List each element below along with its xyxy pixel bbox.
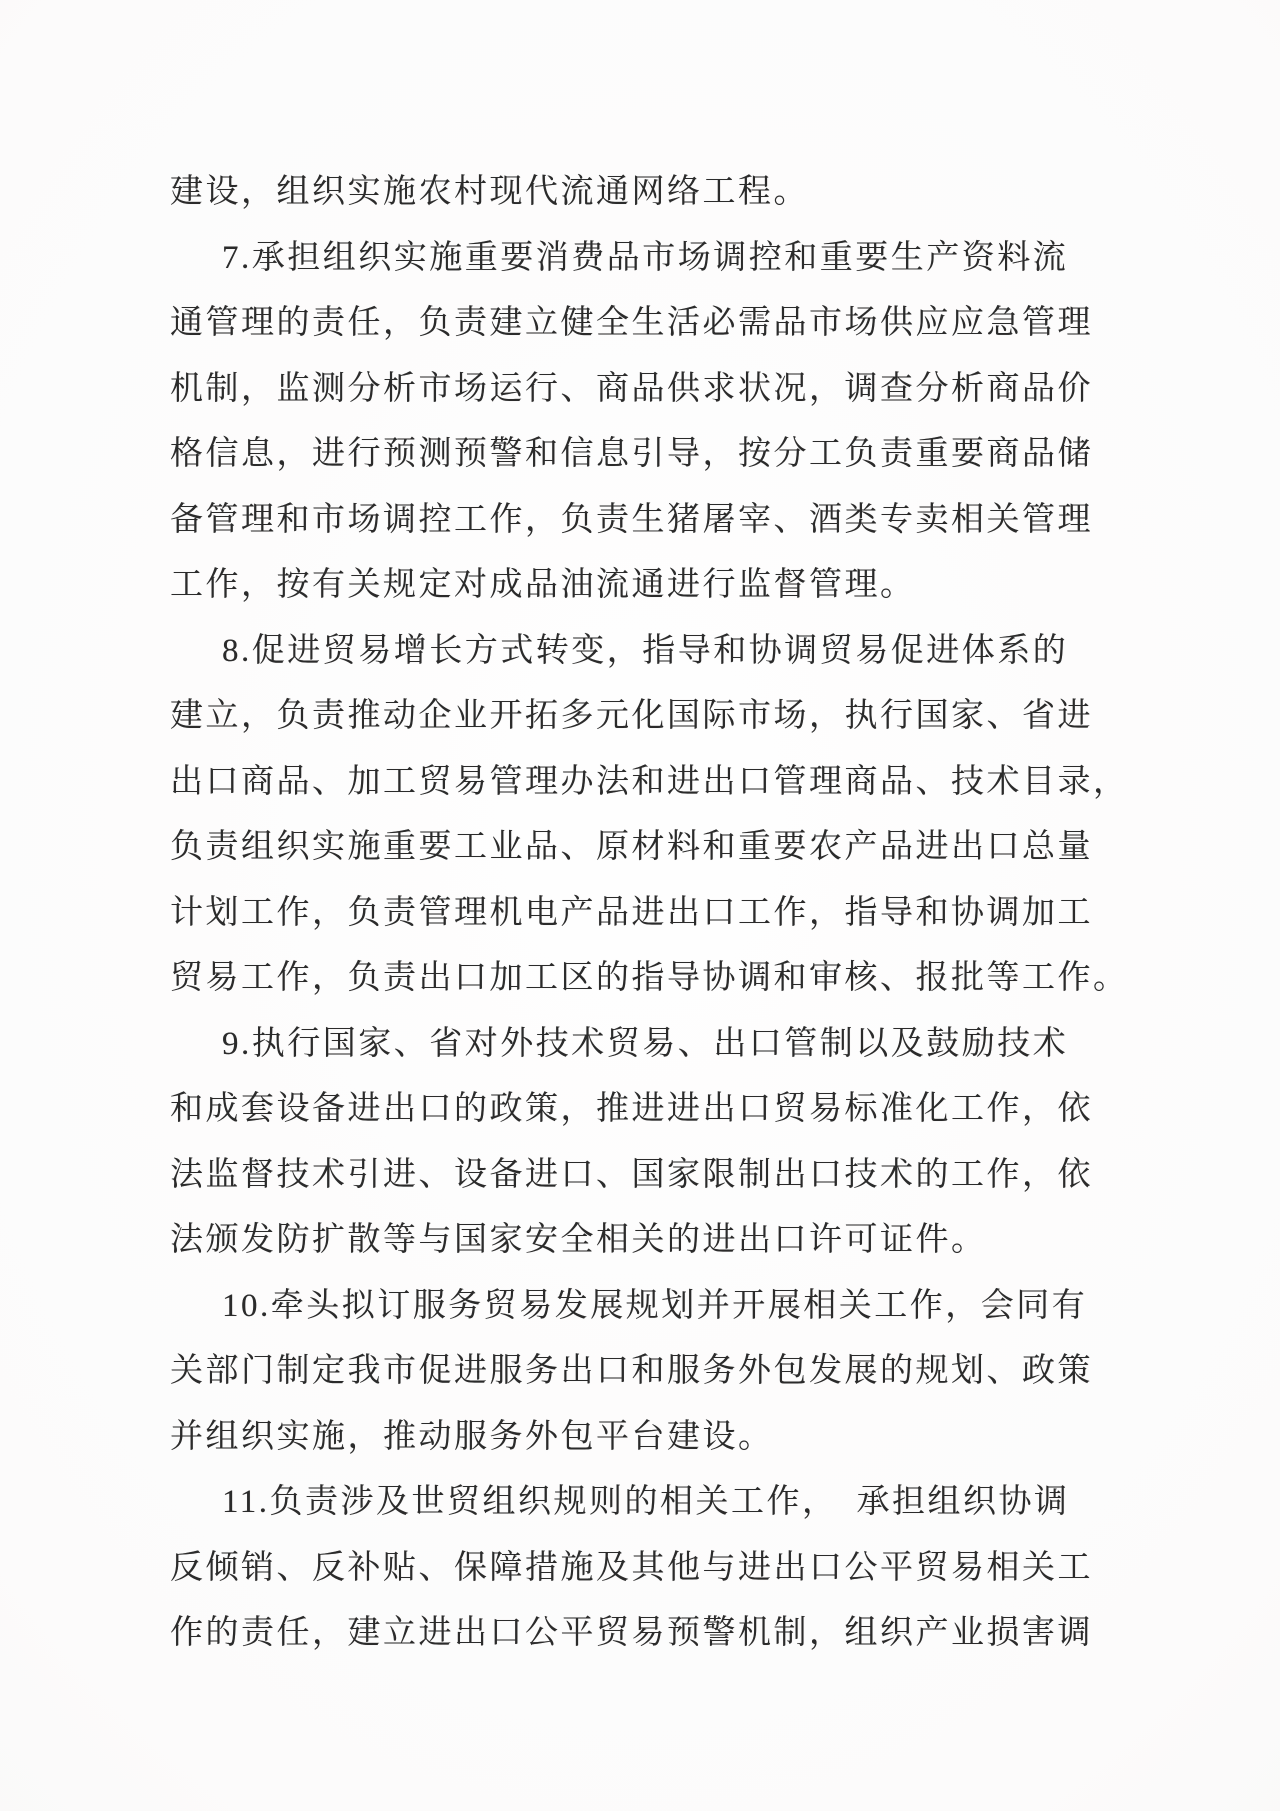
text-line: 并组织实施，推动服务外包平台建设。 xyxy=(170,1405,1100,1471)
text-line: 11.负责涉及世贸组织规则的相关工作， 承担组织协调 xyxy=(170,1470,1100,1536)
paragraph: 8.促进贸易增长方式转变，指导和协调贸易促进体系的建立，负责推动企业开拓多元化国… xyxy=(170,619,1100,1012)
document-body: 建设，组织实施农村现代流通网络工程。7.承担组织实施重要消费品市场调控和重要生产… xyxy=(170,160,1100,1667)
text-line: 出口商品、加工贸易管理办法和进出口管理商品、技术目录， xyxy=(170,750,1100,816)
text-line: 计划工作，负责管理机电产品进出口工作，指导和协调加工 xyxy=(170,881,1100,947)
text-line: 7.承担组织实施重要消费品市场调控和重要生产资料流 xyxy=(170,226,1100,292)
text-line: 建设，组织实施农村现代流通网络工程。 xyxy=(170,160,1100,226)
text-line: 法颁发防扩散等与国家安全相关的进出口许可证件。 xyxy=(170,1208,1100,1274)
text-line: 法监督技术引进、设备进口、国家限制出口技术的工作，依 xyxy=(170,1143,1100,1209)
text-line: 关部门制定我市促进服务出口和服务外包发展的规划、政策 xyxy=(170,1339,1100,1405)
paragraph: 11.负责涉及世贸组织规则的相关工作， 承担组织协调反倾销、反补贴、保障措施及其… xyxy=(170,1470,1100,1667)
text-line: 作的责任，建立进出口公平贸易预警机制，组织产业损害调 xyxy=(170,1601,1100,1667)
text-line: 通管理的责任，负责建立健全生活必需品市场供应应急管理 xyxy=(170,291,1100,357)
text-line: 10.牵头拟订服务贸易发展规划并开展相关工作，会同有 xyxy=(170,1274,1100,1340)
text-line: 和成套设备进出口的政策，推进进出口贸易标准化工作，依 xyxy=(170,1077,1100,1143)
text-line: 格信息，进行预测预警和信息引导，按分工负责重要商品储 xyxy=(170,422,1100,488)
paragraph: 9.执行国家、省对外技术贸易、出口管制以及鼓励技术和成套设备进出口的政策，推进进… xyxy=(170,1012,1100,1274)
paragraph: 建设，组织实施农村现代流通网络工程。 xyxy=(170,160,1100,226)
text-line: 负责组织实施重要工业品、原材料和重要农产品进出口总量 xyxy=(170,815,1100,881)
text-line: 工作，按有关规定对成品油流通进行监督管理。 xyxy=(170,553,1100,619)
text-line: 8.促进贸易增长方式转变，指导和协调贸易促进体系的 xyxy=(170,619,1100,685)
text-line: 9.执行国家、省对外技术贸易、出口管制以及鼓励技术 xyxy=(170,1012,1100,1078)
text-line: 建立，负责推动企业开拓多元化国际市场，执行国家、省进 xyxy=(170,684,1100,750)
text-line: 机制，监测分析市场运行、商品供求状况，调查分析商品价 xyxy=(170,357,1100,423)
paragraph: 7.承担组织实施重要消费品市场调控和重要生产资料流通管理的责任，负责建立健全生活… xyxy=(170,226,1100,619)
text-line: 贸易工作，负责出口加工区的指导协调和审核、报批等工作。 xyxy=(170,946,1100,1012)
document-page: 建设，组织实施农村现代流通网络工程。7.承担组织实施重要消费品市场调控和重要生产… xyxy=(0,0,1280,1811)
text-line: 反倾销、反补贴、保障措施及其他与进出口公平贸易相关工 xyxy=(170,1536,1100,1602)
text-line: 备管理和市场调控工作，负责生猪屠宰、酒类专卖相关管理 xyxy=(170,488,1100,554)
paragraph: 10.牵头拟订服务贸易发展规划并开展相关工作，会同有关部门制定我市促进服务出口和… xyxy=(170,1274,1100,1471)
